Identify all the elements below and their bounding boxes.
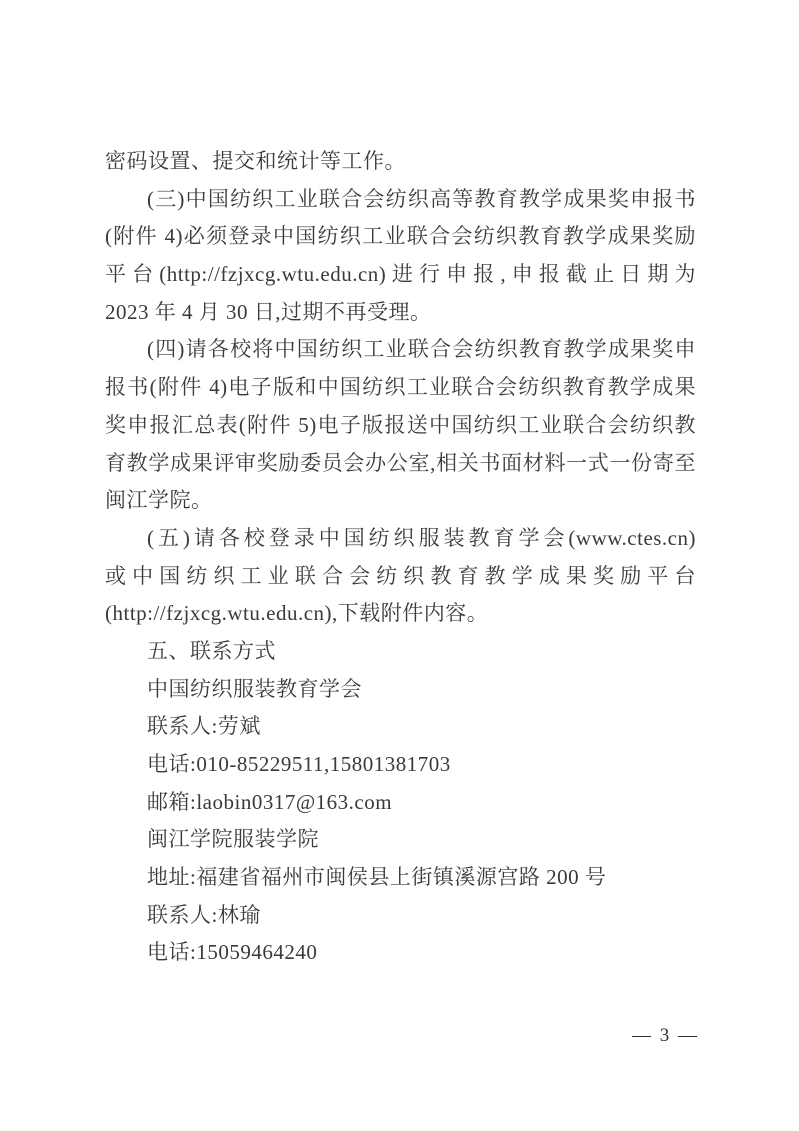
text-line: 育教学成果评审奖励委员会办公室,相关书面材料一式一份寄至 [105,445,696,483]
text-line: 电话:15059464240 [105,934,696,972]
text-line: (四)请各校将中国纺织工业联合会纺织教育教学成果奖申 [105,331,696,369]
text-line: 电话:010-85229511,15801381703 [105,746,696,784]
text-line: (三)中国纺织工业联合会纺织高等教育教学成果奖申报书 [105,181,696,219]
document-page: 密码设置、提交和统计等工作。(三)中国纺织工业联合会纺织高等教育教学成果奖申报书… [0,0,799,1131]
text-line: 2023 年 4 月 30 日,过期不再受理。 [105,294,696,332]
text-line: (五)请各校登录中国纺织服装教育学会(www.ctes.cn) [105,520,696,558]
text-line: 奖申报汇总表(附件 5)电子版报送中国纺织工业联合会纺织教 [105,407,696,445]
text-line: 平台(http://fzjxcg.wtu.edu.cn)进行申报,申报截止日期为 [105,256,696,294]
document-body: 密码设置、提交和统计等工作。(三)中国纺织工业联合会纺织高等教育教学成果奖申报书… [105,143,696,972]
text-line: (http://fzjxcg.wtu.edu.cn),下载附件内容。 [105,595,696,633]
text-line: 联系人:林瑜 [105,897,696,935]
text-line: 五、联系方式 [105,633,696,671]
text-line: 密码设置、提交和统计等工作。 [105,143,696,181]
text-line: 闽江学院。 [105,482,696,520]
text-line: 闽江学院服装学院 [105,821,696,859]
text-line: 联系人:劳斌 [105,708,696,746]
text-line: (附件 4)必须登录中国纺织工业联合会纺织教育教学成果奖励 [105,218,696,256]
text-line: 中国纺织服装教育学会 [105,671,696,709]
text-line: 报书(附件 4)电子版和中国纺织工业联合会纺织教育教学成果 [105,369,696,407]
text-line: 邮箱:laobin0317@163.com [105,784,696,822]
page-number: — 3 — [632,1022,699,1050]
text-line: 或中国纺织工业联合会纺织教育教学成果奖励平台 [105,558,696,596]
text-line: 地址:福建省福州市闽侯县上街镇溪源宫路 200 号 [105,859,696,897]
